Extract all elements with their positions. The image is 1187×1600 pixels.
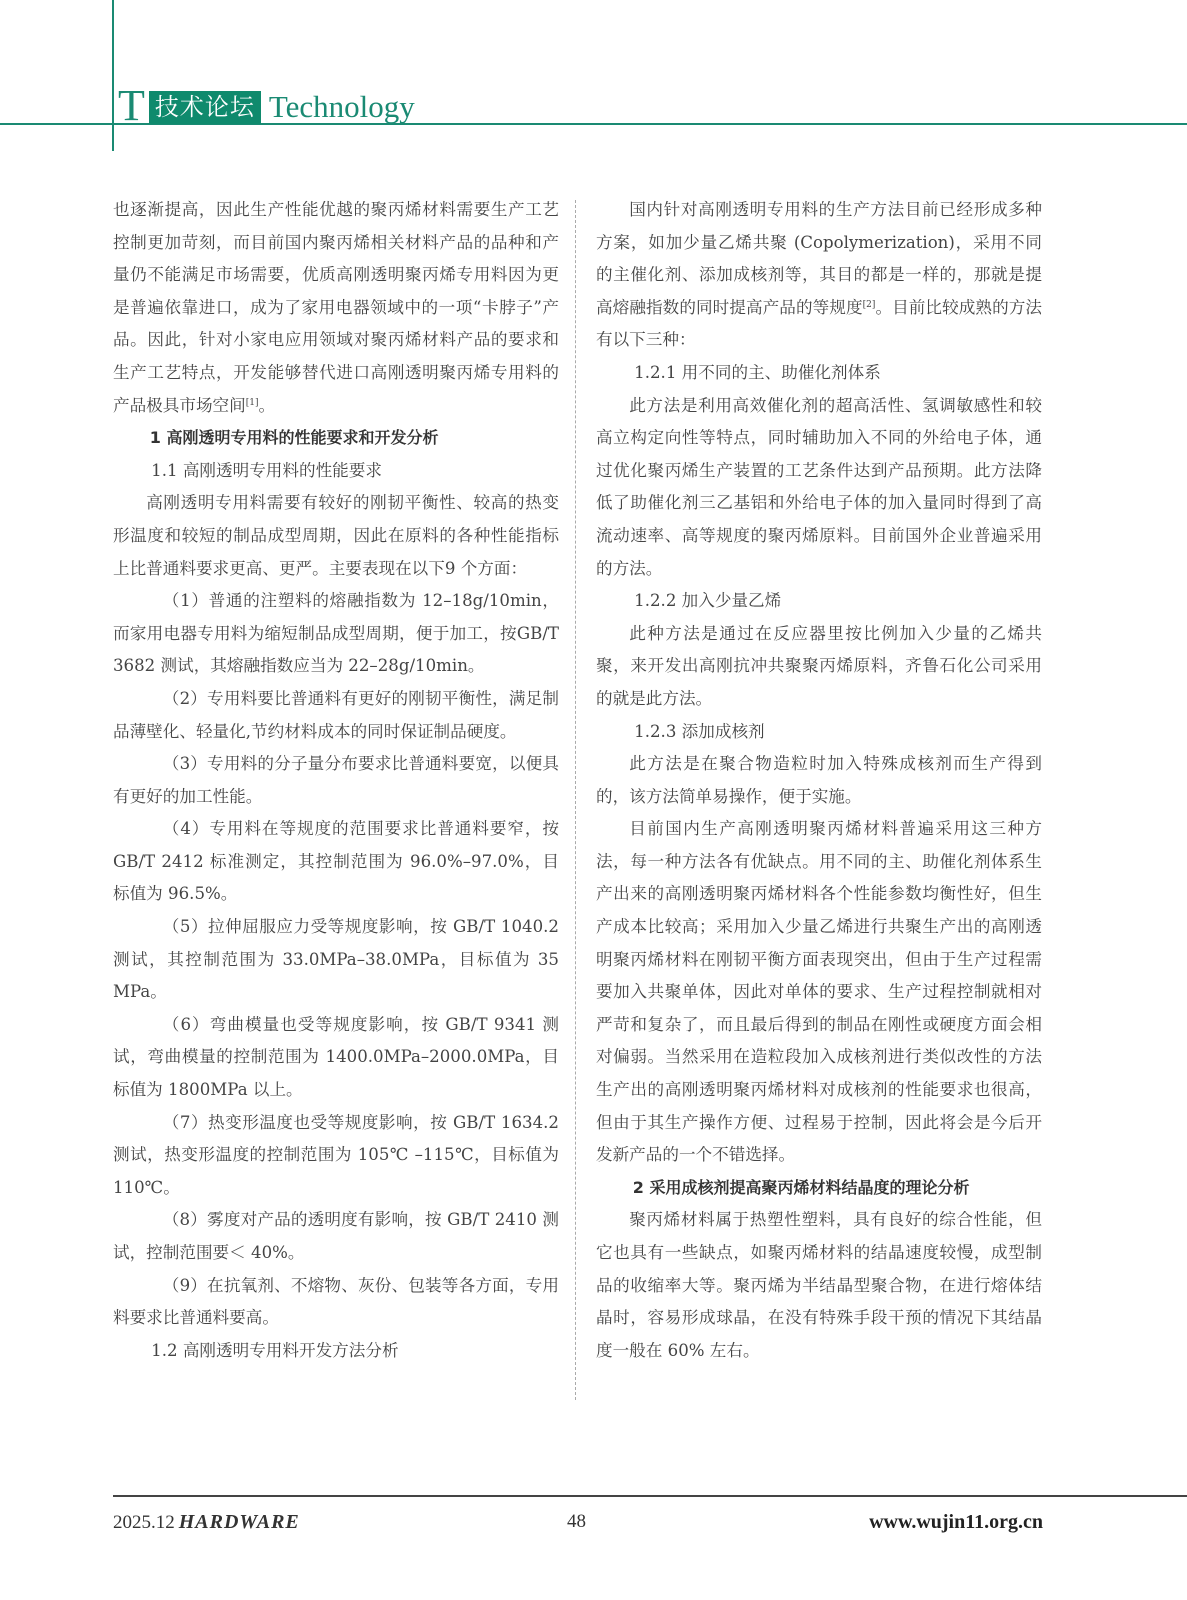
citation-ref[interactable]: [1] bbox=[246, 398, 259, 408]
requirement-item-9: （9）在抗氧剂、不熔物、灰份、包装等各方面，专用料要求比普通料要高。 bbox=[113, 1270, 559, 1335]
subsection-heading-1-2-2: 1.2.2 加入少量乙烯 bbox=[596, 585, 1042, 618]
requirement-item-7: （7）热变形温度也受等规度影响，按 GB/T 1634.2 测试，热变形温度的控… bbox=[113, 1107, 559, 1205]
subsection-heading-1-2-3: 1.2.3 添加成核剂 bbox=[596, 716, 1042, 749]
subsection-heading-1-2-1: 1.2.1 用不同的主、助催化剂体系 bbox=[596, 357, 1042, 390]
section-title-en: Technology bbox=[269, 90, 415, 124]
paragraph: 目前国内生产高刚透明聚丙烯材料普遍采用这三种方法，每一种方法各有优缺点。用不同的… bbox=[596, 813, 1042, 1172]
paragraph: 此方法是利用高效催化剂的超高活性、氢调敏感性和较高立构定向性等特点，同时辅助加入… bbox=[596, 390, 1042, 586]
section-heading-2: 2 采用成核剂提高聚丙烯材料结晶度的理论分析 bbox=[596, 1172, 1042, 1205]
section-heading-1: 1 高刚透明专用料的性能要求和开发分析 bbox=[113, 422, 559, 455]
requirement-item-5: （5）拉伸屈服应力受等规度影响，按 GB/T 1040.2 测试，其控制范围为 … bbox=[113, 911, 559, 1009]
paragraph-text: 也逐渐提高，因此生产性能优越的聚丙烯材料需要生产工艺控制更加苛刻，而目前国内聚丙… bbox=[113, 200, 559, 415]
subsection-heading-1-2: 1.2 高刚透明专用料开发方法分析 bbox=[113, 1335, 559, 1368]
section-initial-logo: T bbox=[118, 88, 145, 124]
section-header: T 技术论坛 Technology bbox=[118, 88, 415, 124]
header-vertical-rule bbox=[112, 0, 114, 151]
page-number: 48 bbox=[567, 1511, 586, 1533]
issue-date: 2025.12 bbox=[113, 1512, 175, 1533]
paragraph: 高刚透明专用料需要有较好的刚韧平衡性、较高的热变形温度和较短的制品成型周期，因此… bbox=[113, 487, 559, 585]
requirement-item-6: （6）弯曲模量也受等规度影响，按 GB/T 9341 测试，弯曲模量的控制范围为… bbox=[113, 1009, 559, 1107]
paragraph: 聚丙烯材料属于热塑性塑料，具有良好的综合性能，但它也具有一些缺点，如聚丙烯材料的… bbox=[596, 1204, 1042, 1367]
paragraph-text: 。 bbox=[259, 396, 276, 415]
right-column: 国内针对高刚透明专用料的生产方法目前已经形成多种方案，如加少量乙烯共聚 (Cop… bbox=[596, 194, 1042, 1367]
website-link[interactable]: www.wujin11.org.cn bbox=[869, 1511, 1043, 1534]
magazine-name: HARDWARE bbox=[179, 1511, 300, 1533]
citation-ref[interactable]: [2] bbox=[863, 300, 876, 310]
requirement-item-1: （1）普通的注塑料的熔融指数为 12–18g/10min，而家用电器专用料为缩短… bbox=[113, 585, 559, 683]
requirement-item-8: （8）雾度对产品的透明度有影响，按 GB/T 2410 测试，控制范围要＜ 40… bbox=[113, 1204, 559, 1269]
requirement-item-3: （3）专用料的分子量分布要求比普通料要宽，以便具有更好的加工性能。 bbox=[113, 748, 559, 813]
paragraph: 国内针对高刚透明专用料的生产方法目前已经形成多种方案，如加少量乙烯共聚 (Cop… bbox=[596, 194, 1042, 357]
paragraph: 也逐渐提高，因此生产性能优越的聚丙烯材料需要生产工艺控制更加苛刻，而目前国内聚丙… bbox=[113, 194, 559, 422]
paragraph: 此方法是在聚合物造粒时加入特殊成核剂而生产得到的，该方法简单易操作，便于实施。 bbox=[596, 748, 1042, 813]
requirement-item-2: （2）专用料要比普通料有更好的刚韧平衡性，满足制品薄壁化、轻量化,节约材料成本的… bbox=[113, 683, 559, 748]
paragraph: 此种方法是通过在反应器里按比例加入少量的乙烯共聚，来开发出高刚抗冲共聚聚丙烯原料… bbox=[596, 618, 1042, 716]
left-column: 也逐渐提高，因此生产性能优越的聚丙烯材料需要生产工艺控制更加苛刻，而目前国内聚丙… bbox=[113, 194, 559, 1367]
column-divider bbox=[575, 200, 576, 1400]
footer-rule bbox=[113, 1495, 1187, 1497]
requirement-item-4: （4）专用料在等规度的范围要求比普通料要窄，按GB/T 2412 标准测定，其控… bbox=[113, 813, 559, 911]
subsection-heading-1-1: 1.1 高刚透明专用料的性能要求 bbox=[113, 455, 559, 488]
section-title-cn: 技术论坛 bbox=[149, 91, 261, 124]
page-footer: 2025.12HARDWARE 48 www.wujin11.org.cn bbox=[113, 1511, 1043, 1541]
issue-label: 2025.12HARDWARE bbox=[113, 1511, 300, 1534]
